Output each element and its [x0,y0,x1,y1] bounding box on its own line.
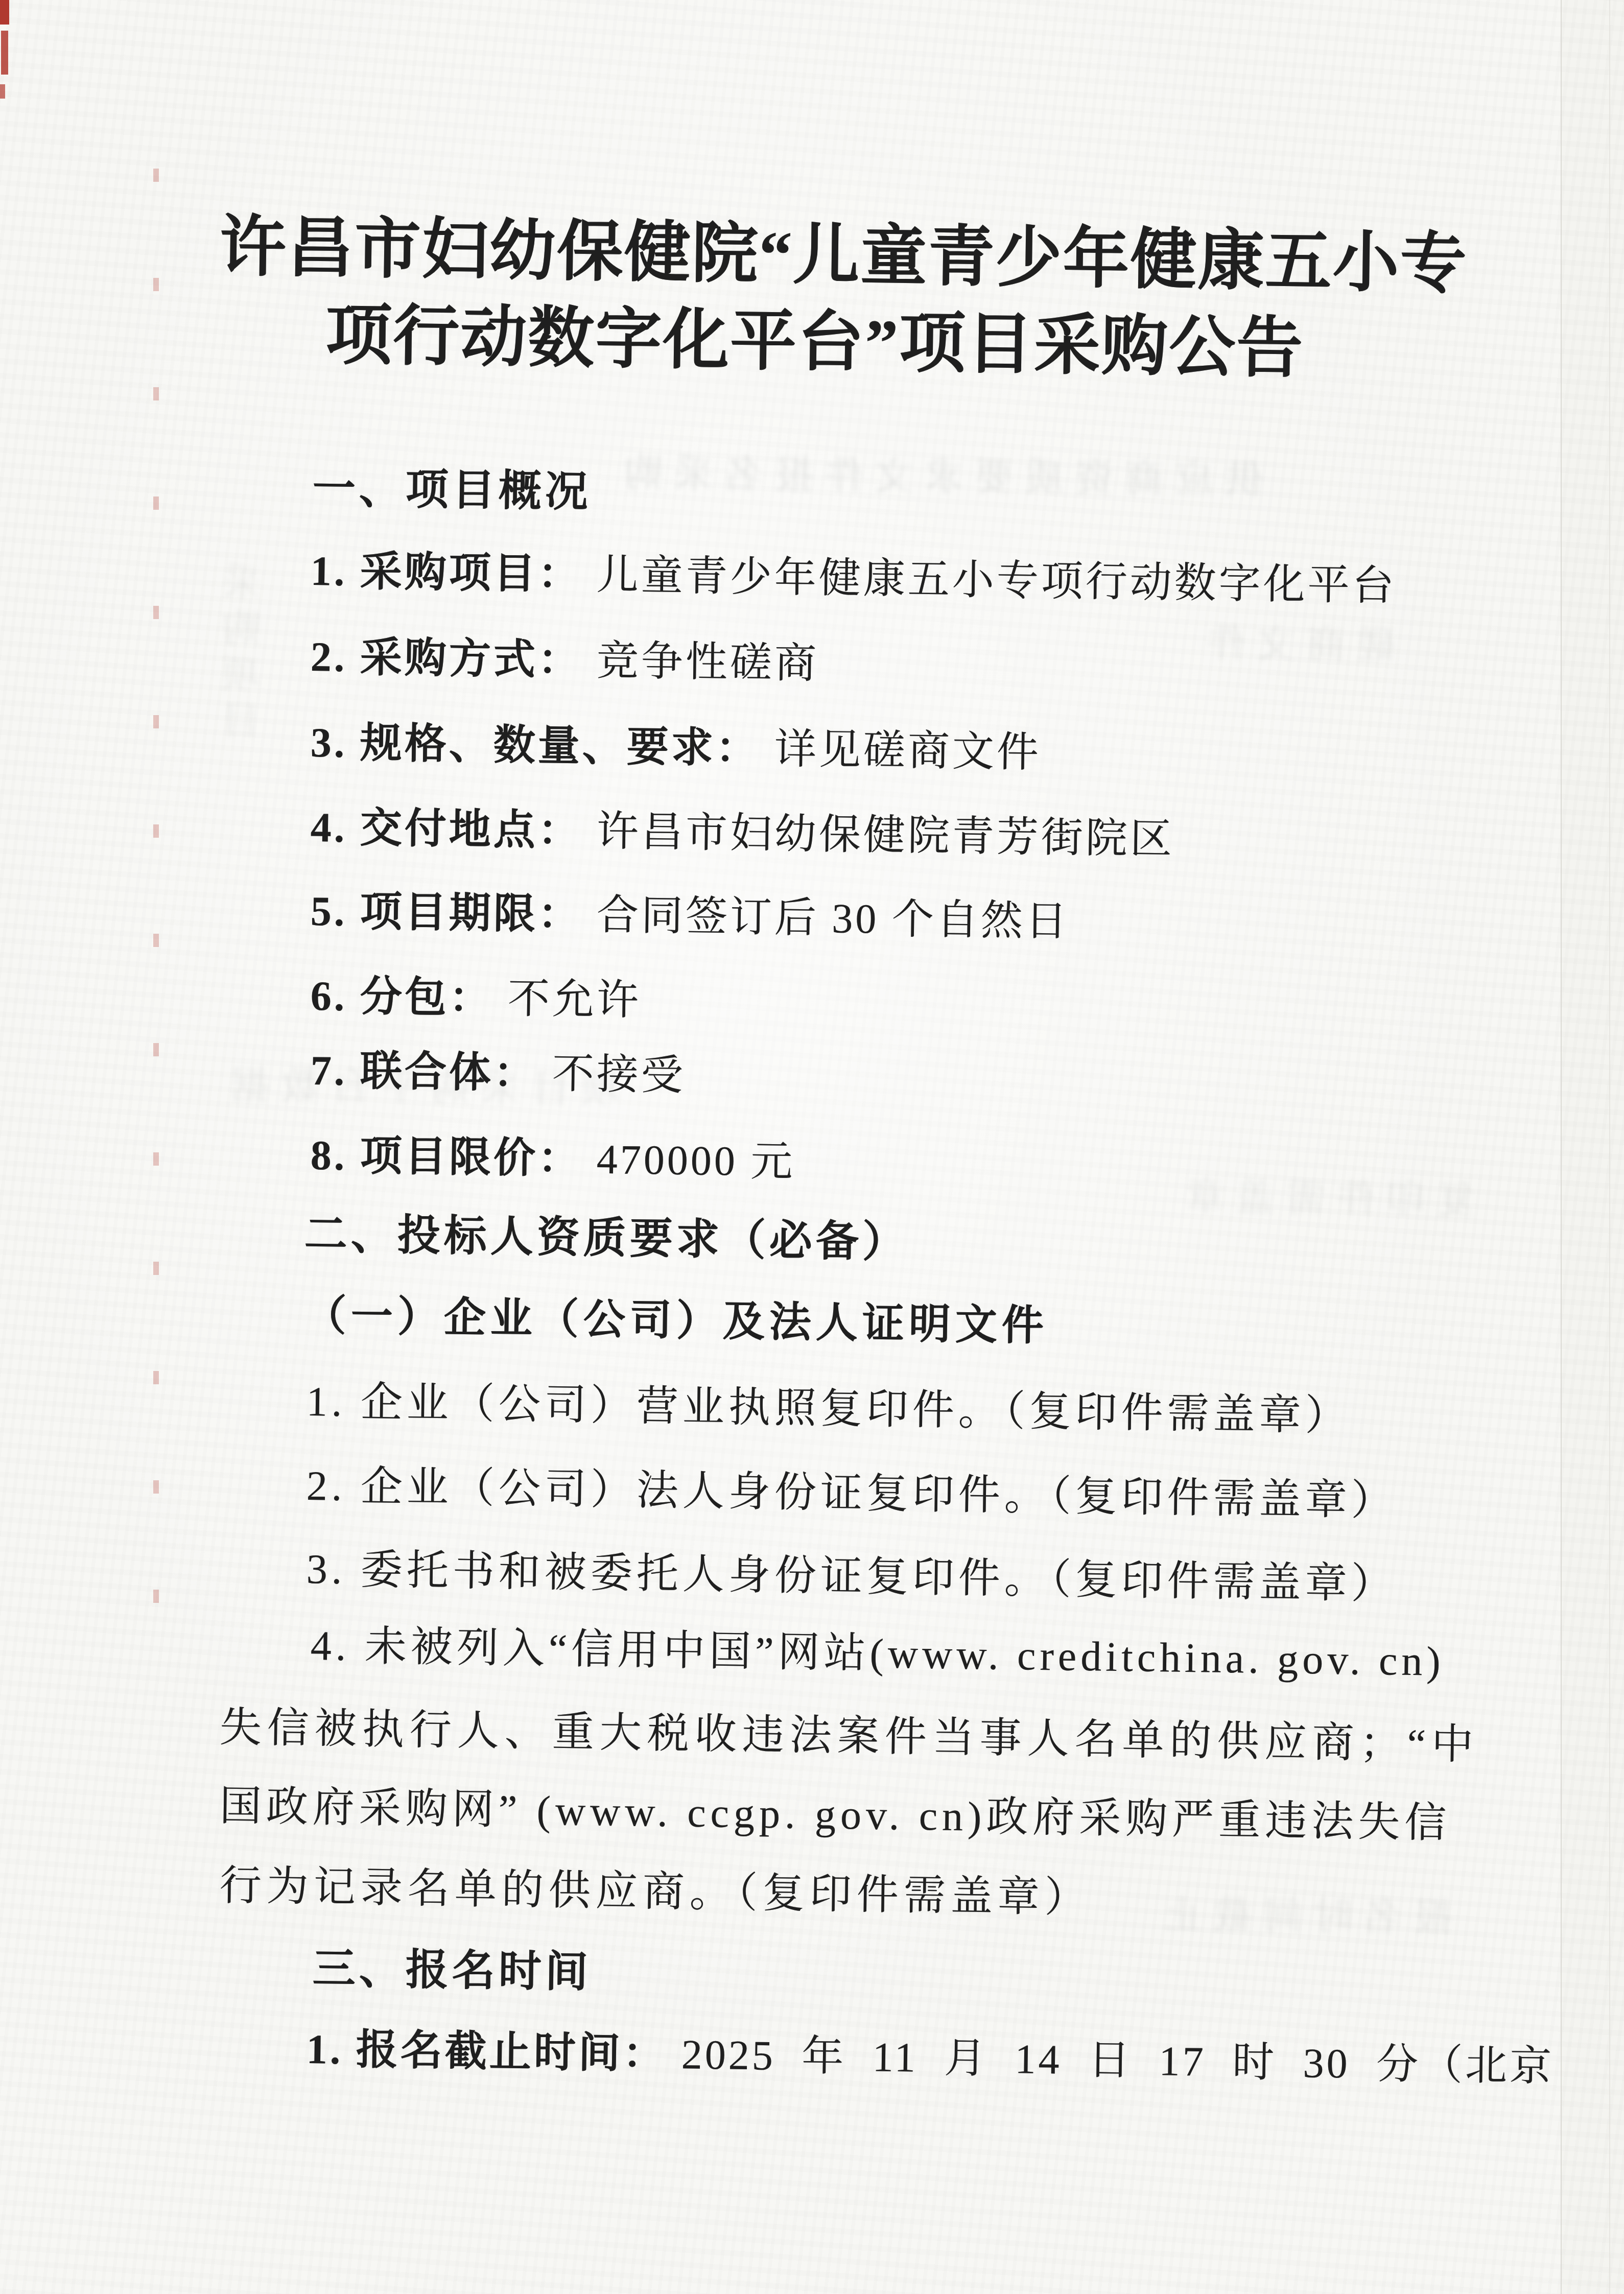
overview-item-7-label: 7. 联合体： [310,1047,538,1097]
overview-item-3: 3. 规格、数量、要求：详见磋商文件 [310,709,1042,779]
scan-edge-mark [1,31,8,75]
overview-item-6: 6. 分包：不允许 [310,962,642,1027]
registration-item-1: 1. 报名截止时间：2025 年 11 月 14 日 17 时 30 分（北京 [306,2016,1555,2093]
overview-item-1: 1. 采购项目：儿童青少年健康五小专项行动数字化平台 [310,537,1397,612]
overview-item-4: 4. 交付地点：许昌市妇幼保健院青芳街院区 [310,794,1174,866]
overview-item-7: 7. 联合体：不接受 [310,1037,686,1102]
overview-item-8: 8. 项目限价：470000 元 [310,1122,795,1188]
overview-item-2-value: 竞争性磋商 [596,637,819,687]
qualification-item-4-line-1: 4. 未被列入“信用中国”网站(www. creditchina. gov. c… [310,1612,1445,1688]
qualification-item-2: 2. 企业（公司）法人身份证复印件。（复印件需盖章） [306,1452,1397,1527]
scan-edge-mark [0,84,5,99]
registration-item-1-label: 1. 报名截止时间： [306,2026,667,2077]
document-title-line-2: 项行动数字化平台”项目采购公告 [219,280,1410,392]
qualification-item-4-line-4: 行为记录名单的供应商。（复印件需盖章） [219,1852,1092,1924]
qualification-item-4-line-2: 失信被执行人、重大税收违法案件当事人名单的供应商；“中 [219,1694,1479,1771]
overview-item-5: 5. 项目期限：合同签订后 30 个自然日 [310,878,1070,948]
qualification-item-1: 1. 企业（公司）营业执照复印件。（复印件需盖章） [306,1368,1351,1442]
qualification-item-4-line-3: 国政府采购网” (www. ccgp. gov. cn)政府采购严重违法失信 [219,1772,1451,1850]
scan-right-shade [1561,0,1624,2294]
registration-item-1-value: 2025 年 11 月 14 日 17 时 30 分（北京 [681,2031,1555,2090]
section-overview-heading: 一、项目概况 [312,454,592,519]
overview-item-8-value: 470000 元 [596,1136,795,1185]
overview-item-2-label: 2. 采购方式： [310,633,582,683]
section-qualification-heading: 二、投标人资质要求（必备） [304,1199,909,1270]
bleedthrough-fragment: 报名时间截止 [1151,1883,1452,1942]
overview-item-7-value: 不接受 [552,1051,686,1099]
bleedthrough-fragment: 复印件需盖章 [1174,1166,1475,1224]
overview-item-3-label: 3. 规格、数量、要求： [310,719,760,772]
scan-edge-streak [153,169,159,1650]
scan-edge-mark [0,0,9,25]
qualification-subheading: （一）企业（公司）及法人证明文件 [304,1282,1049,1352]
bleedthrough-fragment: 供应商资质要求文件报名采购 [613,442,1264,504]
bleedthrough-fragment: 磋商文件 [1195,612,1396,670]
overview-item-1-label: 1. 采购项目： [310,548,582,598]
overview-item-4-value: 许昌市妇幼保健院青芳街院区 [596,808,1174,863]
overview-item-1-value: 儿童青少年健康五小专项行动数字化平台 [596,552,1397,609]
section-registration-heading: 三、报名时间 [312,1934,592,2000]
overview-item-4-label: 4. 交付地点： [310,804,582,854]
overview-item-5-value: 合同签订后 30 个自然日 [596,892,1070,945]
overview-item-5-label: 5. 项目期限： [310,888,582,938]
overview-item-3-value: 详见磋商文件 [774,726,1041,776]
overview-item-2: 2. 采购方式：竞争性磋商 [310,623,819,690]
overview-item-6-label: 6. 分包： [310,973,493,1022]
bleedthrough-fragment: 采购项目 [216,561,274,746]
overview-item-8-label: 8. 项目限价： [310,1132,582,1182]
scanned-document-page: 供应商资质要求文件报名采购 磋商文件 采购项目 项目采购平台数据 复印件需盖章 … [0,0,1624,2294]
qualification-item-3: 3. 委托书和被委托人身份证复印件。（复印件需盖章） [306,1535,1397,1611]
overview-item-6-value: 不允许 [507,975,641,1024]
